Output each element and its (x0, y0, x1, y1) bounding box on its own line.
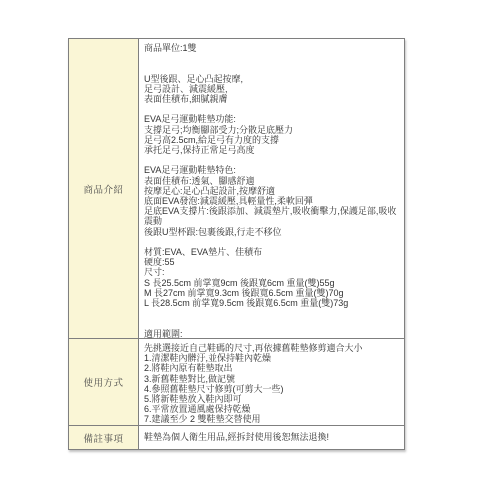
label-product-intro: 商品介紹 (69, 39, 139, 338)
row-remarks: 備註事項 鞋墊為個人衛生用品,經拆封使用後恕無法退換! (69, 425, 404, 449)
remarks-text: 鞋墊為個人衛生用品,經拆封使用後恕無法退換! (139, 426, 404, 449)
row-product-intro: 商品介紹 商品單位:1雙 U型後跟、足心凸起按摩, 足弓設計、減震緩壓, 表面佳… (69, 39, 404, 338)
usage-instructions-text: 先挑選接近自己鞋碼的尺寸,再依據舊鞋墊修剪適合大小 1.清潔鞋內髒汙,並保持鞋內… (139, 339, 404, 425)
label-remarks: 備註事項 (69, 426, 139, 449)
label-usage-instructions: 使用方式 (69, 339, 139, 425)
product-intro-text: 商品單位:1雙 U型後跟、足心凸起按摩, 足弓設計、減震緩壓, 表面佳積布,細膩… (139, 39, 404, 338)
row-usage-instructions: 使用方式 先挑選接近自己鞋碼的尺寸,再依據舊鞋墊修剪適合大小 1.清潔鞋內髒汙,… (69, 338, 404, 425)
product-spec-table: 商品介紹 商品單位:1雙 U型後跟、足心凸起按摩, 足弓設計、減震緩壓, 表面佳… (68, 38, 405, 450)
page-background: 商品介紹 商品單位:1雙 U型後跟、足心凸起按摩, 足弓設計、減震緩壓, 表面佳… (0, 0, 480, 480)
